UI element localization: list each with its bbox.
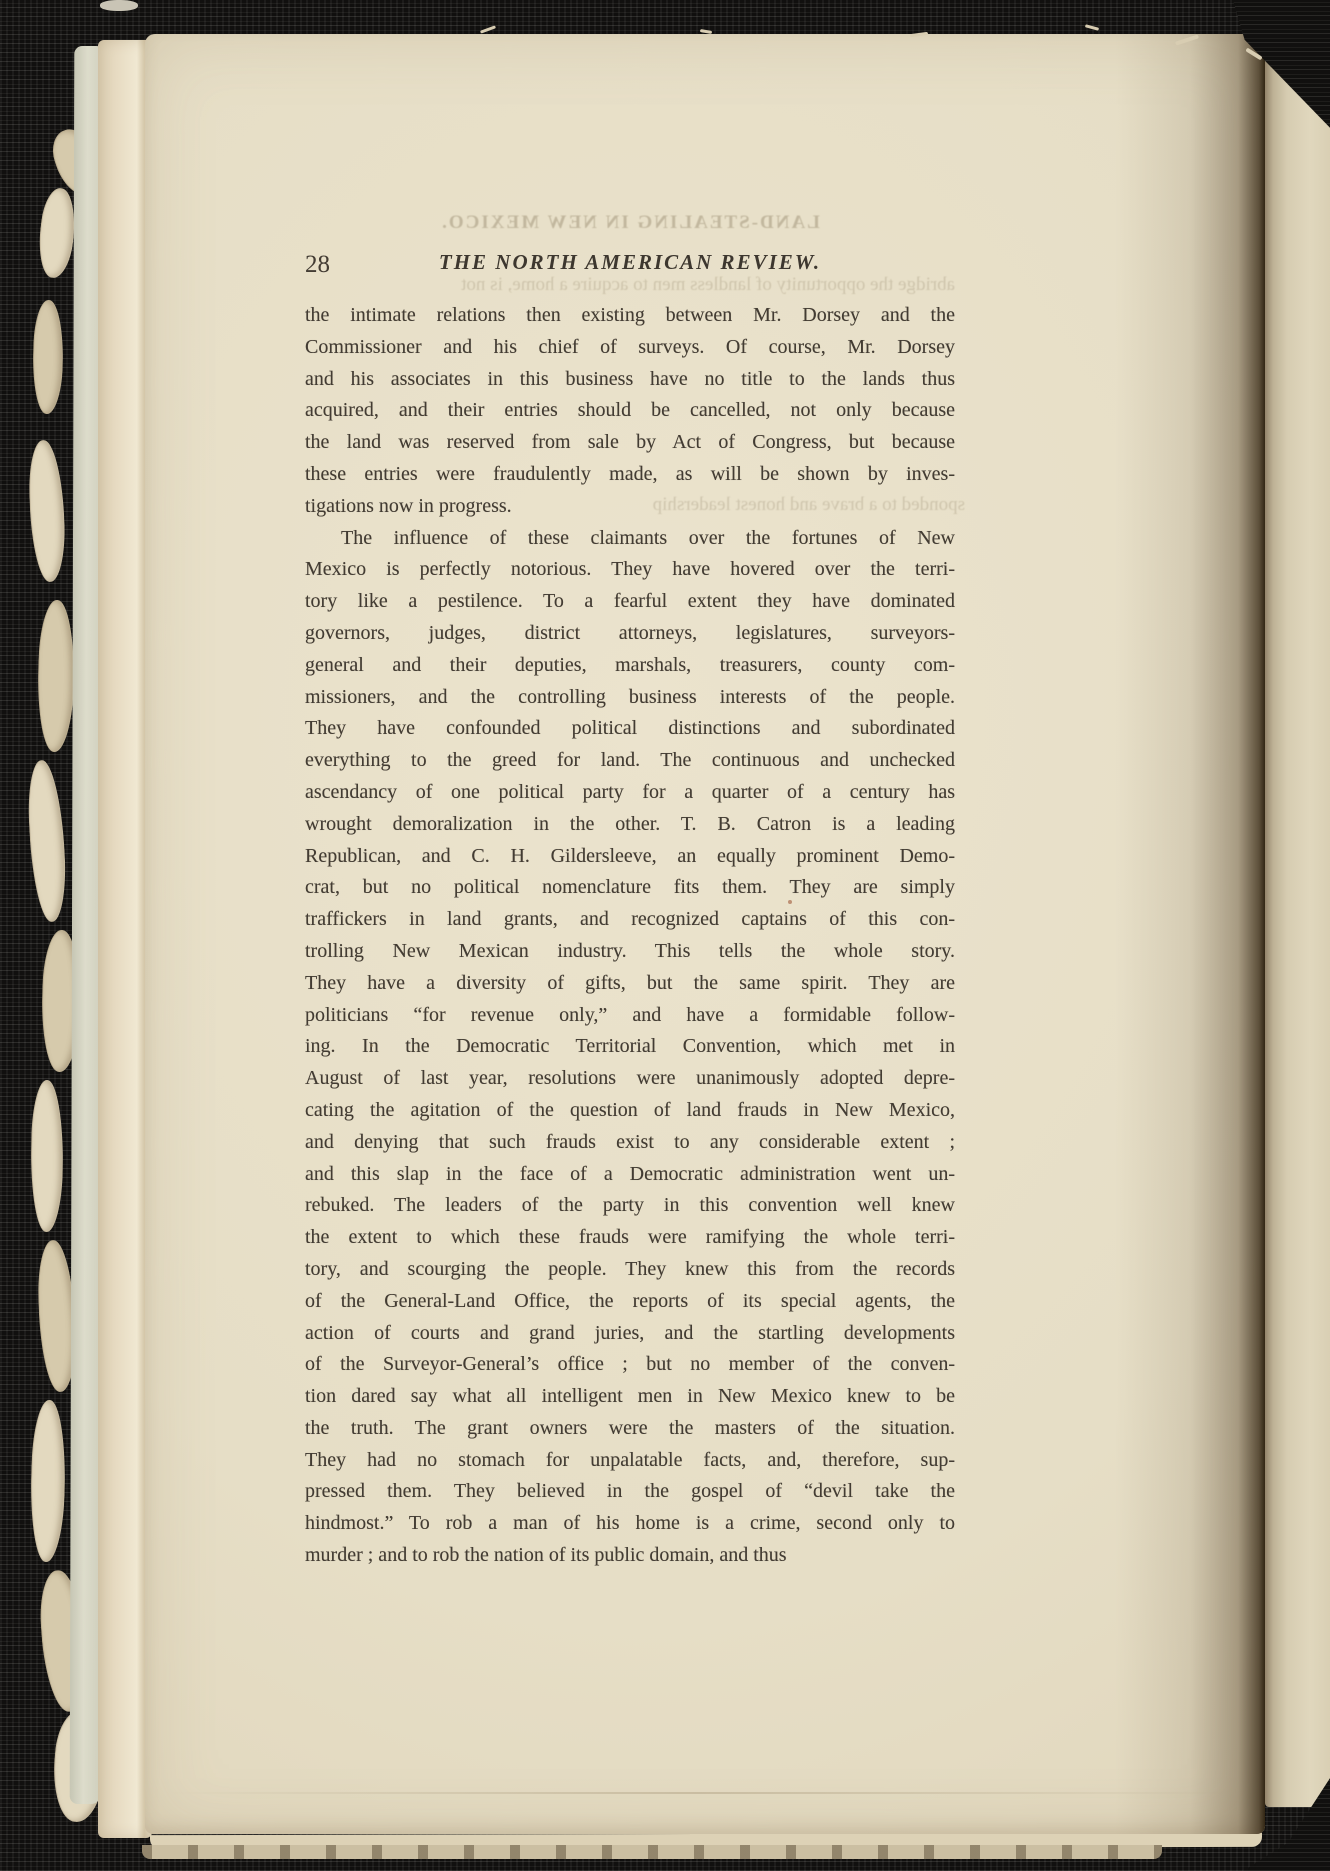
body-text: the intimate relations then existing bet… bbox=[305, 300, 955, 1572]
bleedthrough-header: LAND-STEALING IN NEW MEXICO. bbox=[305, 212, 955, 234]
text-line: tigations now in progress. bbox=[305, 491, 955, 523]
bottom-page-edge-torn bbox=[142, 1845, 1162, 1859]
text-line: general and their deputies, marshals, tr… bbox=[305, 650, 955, 682]
text-line: cating the agitation of the question of … bbox=[305, 1095, 955, 1127]
text-line: tory like a pestilence. To a fearful ext… bbox=[305, 586, 955, 618]
gutter-shadow bbox=[1115, 34, 1265, 1834]
text-line: governors, judges, district attorneys, l… bbox=[305, 618, 955, 650]
paper-speck bbox=[788, 900, 792, 904]
text-line: ascendancy of one political party for a … bbox=[305, 777, 955, 809]
text-line: They have a diversity of gifts, but the … bbox=[305, 968, 955, 1000]
text-line: the truth. The grant owners were the mas… bbox=[305, 1413, 955, 1445]
text-line: They have confounded political distincti… bbox=[305, 713, 955, 745]
text-line: hindmost.” To rob a man of his home is a… bbox=[305, 1508, 955, 1540]
text-line: and this slap in the face of a Democrati… bbox=[305, 1159, 955, 1191]
text-line: rebuked. The leaders of the party in thi… bbox=[305, 1190, 955, 1222]
text-line: action of courts and grand juries, and t… bbox=[305, 1318, 955, 1350]
text-line: tory, and scourging the people. They kne… bbox=[305, 1254, 955, 1286]
text-line: They had no stomach for unpalatable fact… bbox=[305, 1445, 955, 1477]
text-line: August of last year, resolutions were un… bbox=[305, 1063, 955, 1095]
book-page: LAND-STEALING IN NEW MEXICO. abridge the… bbox=[145, 34, 1265, 1834]
text-line: the intimate relations then existing bet… bbox=[305, 300, 955, 332]
paper-fiber bbox=[100, 0, 138, 11]
facing-page-edge bbox=[1265, 55, 1330, 1807]
page-number: 28 bbox=[305, 251, 330, 279]
text-line: of the General-Land Office, the reports … bbox=[305, 1286, 955, 1318]
text-line: wrought demoralization in the other. T. … bbox=[305, 809, 955, 841]
text-line: murder ; and to rob the nation of its pu… bbox=[305, 1540, 955, 1572]
text-line: Republican, and C. H. Gildersleeve, an e… bbox=[305, 841, 955, 873]
text-line: crat, but no political nomenclature fits… bbox=[305, 872, 955, 904]
text-line: ing. In the Democratic Territorial Conve… bbox=[305, 1031, 955, 1063]
page-header: 28 THE NORTH AMERICAN REVIEW. bbox=[305, 250, 955, 280]
paper-speck bbox=[370, 1044, 373, 1047]
text-line: pressed them. They believed in the gospe… bbox=[305, 1476, 955, 1508]
text-line: trolling New Mexican industry. This tell… bbox=[305, 936, 955, 968]
text-line: Commissioner and his chief of surveys. O… bbox=[305, 332, 955, 364]
text-line: politicians “for revenue only,” and have… bbox=[305, 1000, 955, 1032]
text-line: and his associates in this business have… bbox=[305, 364, 955, 396]
text-line: acquired, and their entries should be ca… bbox=[305, 395, 955, 427]
text-line: of the Surveyor-General’s office ; but n… bbox=[305, 1349, 955, 1381]
text-line: Mexico is perfectly notorious. They have… bbox=[305, 554, 955, 586]
book-scan: LAND-STEALING IN NEW MEXICO. abridge the… bbox=[0, 0, 1330, 1871]
page-edge-strip-cream bbox=[98, 40, 152, 1838]
running-header: THE NORTH AMERICAN REVIEW. bbox=[305, 250, 955, 275]
text-line: everything to the greed for land. The co… bbox=[305, 745, 955, 777]
text-line: and denying that such frauds exist to an… bbox=[305, 1127, 955, 1159]
text-line: traffickers in land grants, and recogniz… bbox=[305, 904, 955, 936]
text-line: these entries were fraudulently made, as… bbox=[305, 459, 955, 491]
text-line: the extent to which these frauds were ra… bbox=[305, 1222, 955, 1254]
text-line: missioners, and the controlling business… bbox=[305, 682, 955, 714]
text-line: tion dared say what all intelligent men … bbox=[305, 1381, 955, 1413]
text-line: the land was reserved from sale by Act o… bbox=[305, 427, 955, 459]
text-line: The influence of these claimants over th… bbox=[305, 523, 955, 555]
